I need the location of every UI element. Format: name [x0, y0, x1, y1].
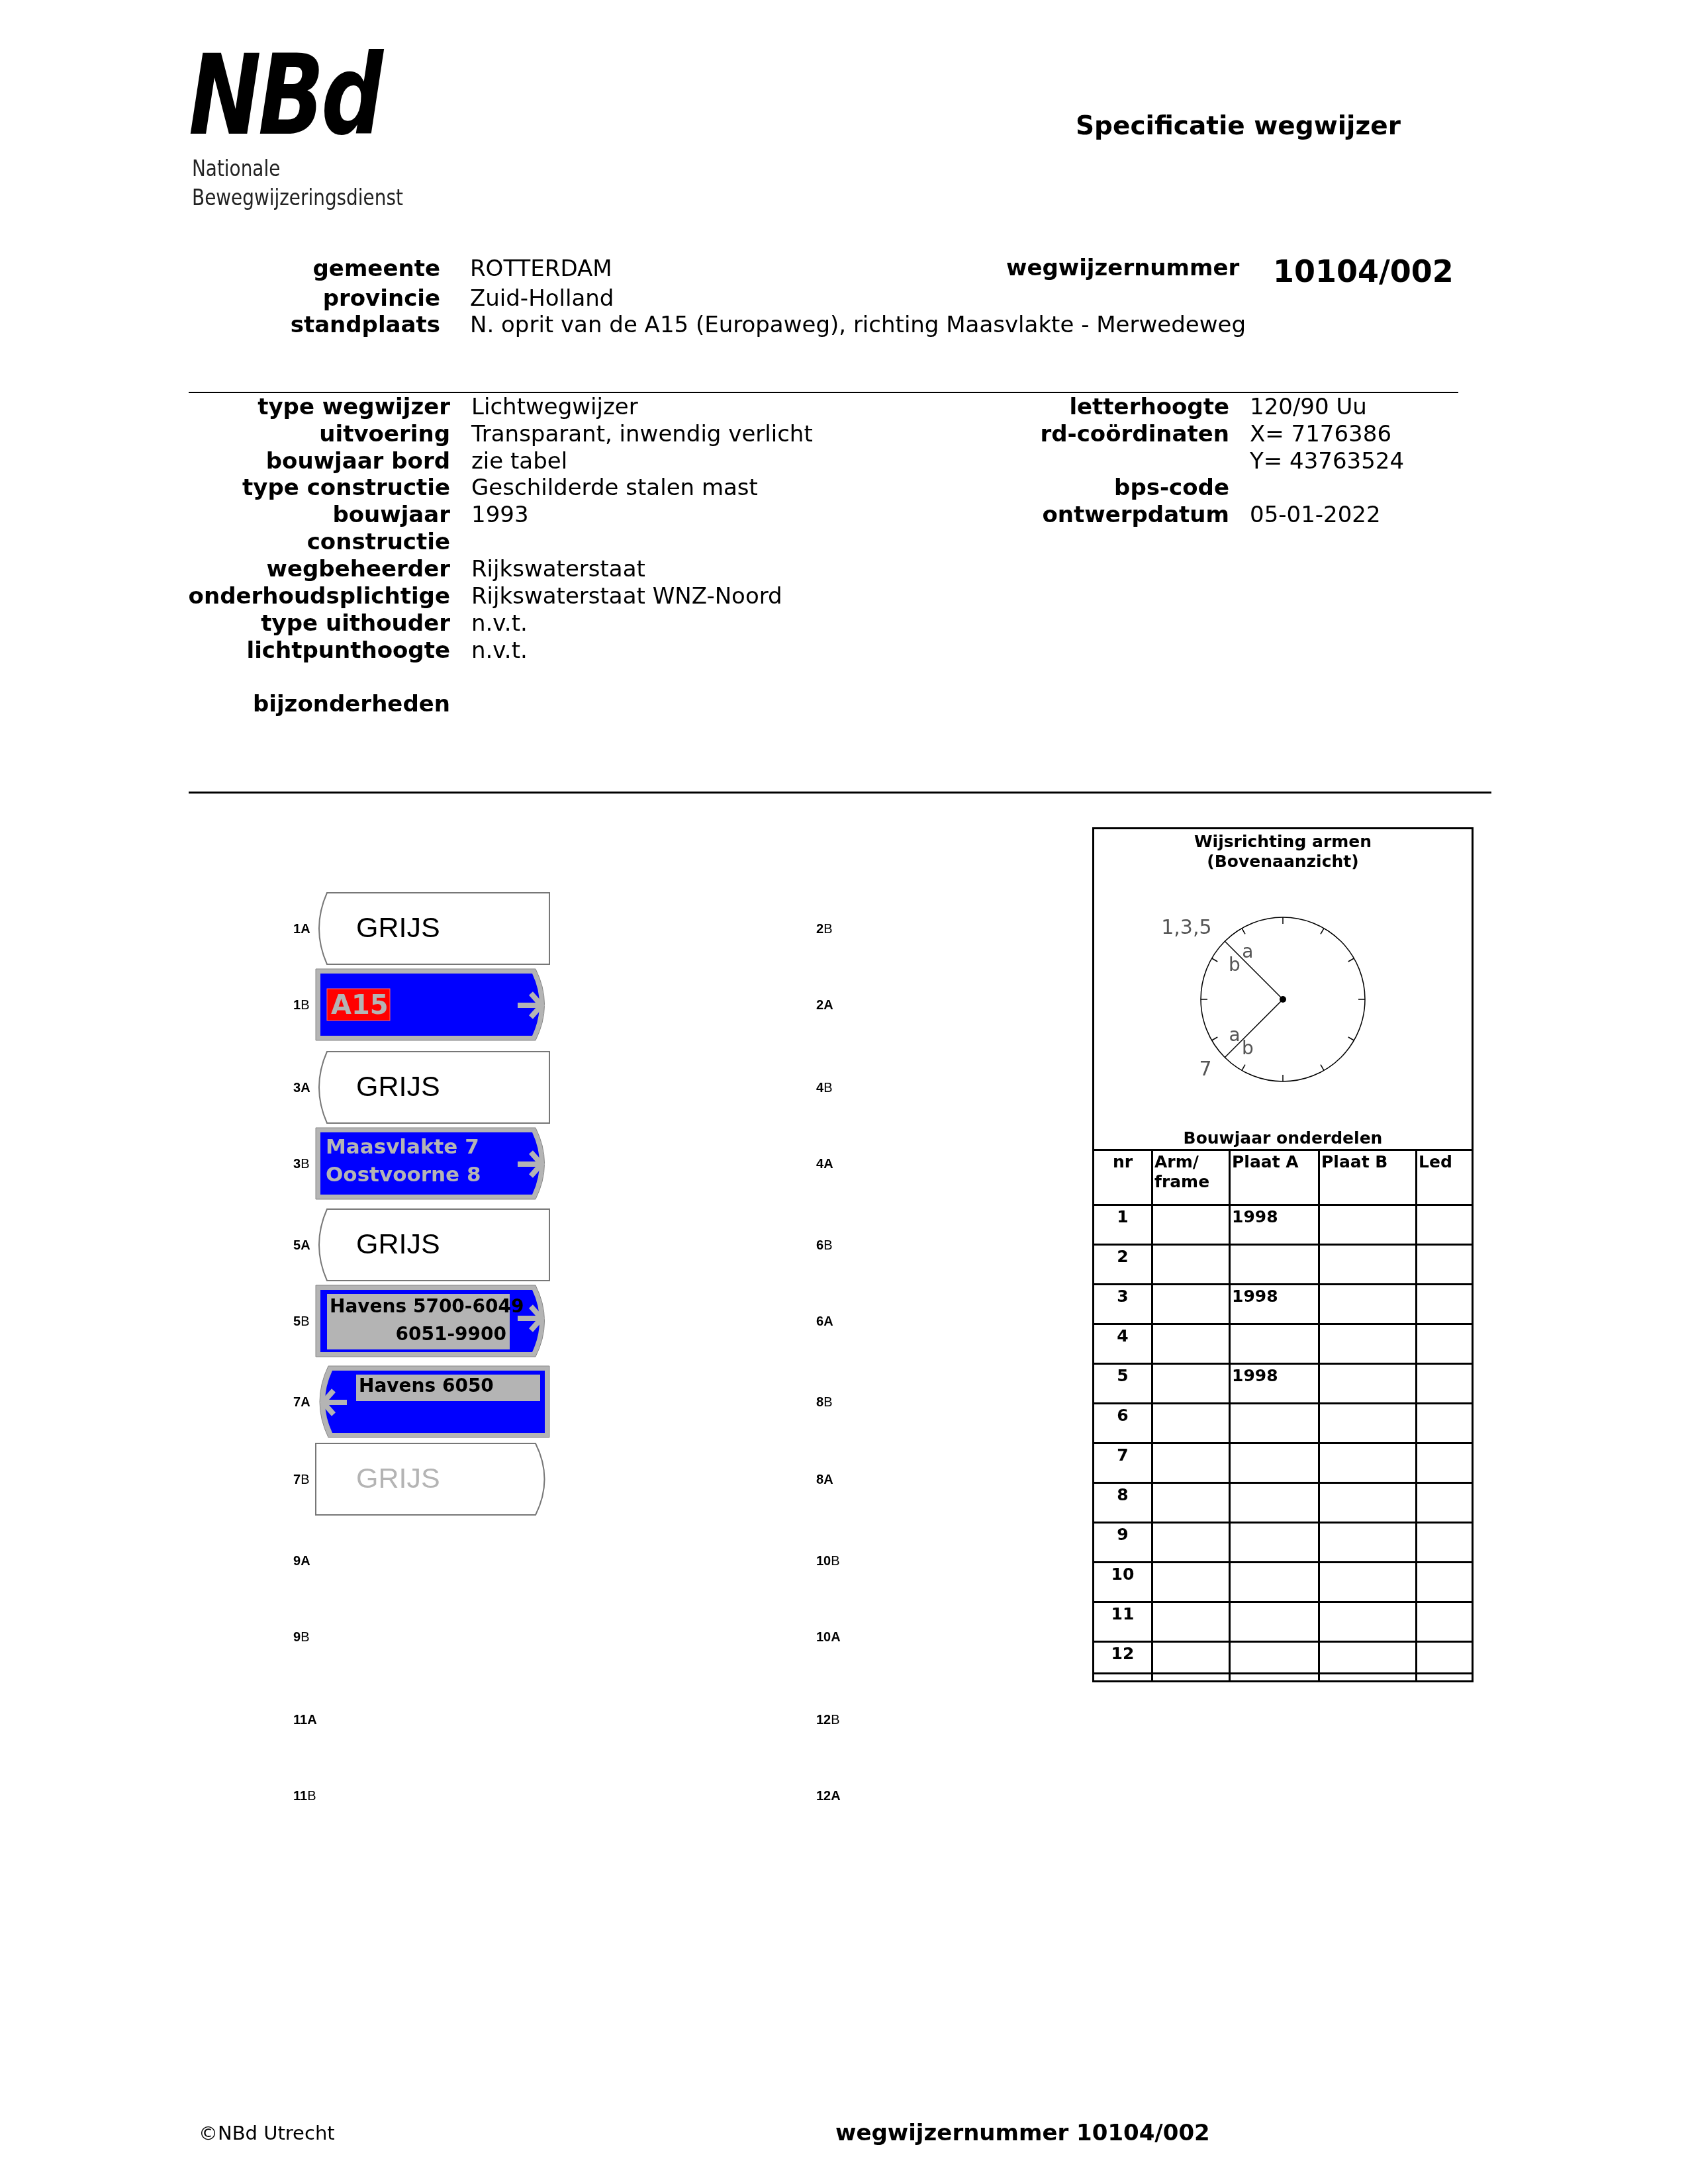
table-cell [1417, 1205, 1473, 1245]
wegwijzernummer-label: wegwijzernummer [1006, 255, 1239, 281]
table-header: Arm/ frame [1152, 1150, 1230, 1205]
sign-label-side: A [831, 1630, 840, 1645]
svg-text:a: a [1229, 1024, 1240, 1046]
sign-3B: Maasvlakte 7Oostvoorne 8 [315, 1127, 550, 1200]
sign-label-side: B [307, 1789, 316, 1803]
sign-label: 6A [816, 1314, 833, 1330]
table-header: nr [1094, 1150, 1152, 1205]
footer-copyright: ©NBd Utrecht [199, 2122, 335, 2144]
spec-label: type wegwijzer [258, 396, 450, 418]
spec-label: wegbeheerder [267, 558, 450, 580]
table-cell [1319, 1523, 1417, 1563]
svg-text:b: b [1242, 1037, 1254, 1059]
sign-label-side: B [301, 1314, 309, 1329]
sign-1A: GRIJS [315, 892, 550, 965]
table-row: 10 [1094, 1563, 1473, 1602]
sign-label-side: A [823, 1314, 833, 1329]
table-cell [1417, 1285, 1473, 1324]
bouwjaar-title: Bouwjaar onderdelen [1094, 1128, 1472, 1148]
nbd-logo: NBd [189, 40, 380, 151]
spec-value: X= 7176386 [1250, 423, 1391, 445]
sign-label-number: 10 [816, 1630, 831, 1645]
spec-label: letterhoogte [1069, 396, 1229, 418]
spec-value: 120/90 Uu [1250, 396, 1367, 418]
sign-label-side: B [831, 1554, 839, 1569]
spec-value: 1993 [471, 504, 529, 526]
sign-label: 11B [293, 1789, 316, 1804]
table-cell [1230, 1563, 1319, 1602]
table-cell: 7 [1094, 1443, 1152, 1483]
sign-text: GRIJS [356, 912, 440, 944]
sign-label-side: B [823, 1395, 832, 1410]
sign-label-side: A [301, 922, 310, 936]
destination-text: Maasvlakte 7 [326, 1135, 479, 1159]
sign-label: 9A [293, 1554, 310, 1569]
table-cell [1152, 1523, 1230, 1563]
sign-label-number: 3 [293, 1081, 301, 1095]
table-cell: 11 [1094, 1602, 1152, 1642]
sign-7B: GRIJS [315, 1443, 550, 1516]
sign-label-side: B [823, 922, 832, 936]
sign-label-side: B [301, 1630, 309, 1645]
spec-label: lichtpunthoogte [247, 639, 451, 662]
table-cell [1417, 1602, 1473, 1642]
destination-text: 6051-9900 [396, 1323, 506, 1345]
sign-label-number: 12 [816, 1713, 831, 1727]
table-cell [1152, 1205, 1230, 1245]
svg-text:b: b [1229, 954, 1241, 976]
sign-label: 12A [816, 1789, 841, 1804]
standplaats-value: N. oprit van de A15 (Europaweg), richtin… [470, 314, 1246, 336]
sign-5B: Havens 5700-60496051-9900 [315, 1285, 550, 1357]
spec-label: uitvoering [319, 423, 450, 445]
sign-label: 2B [816, 922, 832, 937]
sign-label: 1A [293, 922, 310, 937]
table-cell [1152, 1443, 1230, 1483]
logo-line-2: Bewegwijzeringsdienst [192, 187, 403, 209]
sign-label: 3A [293, 1081, 310, 1096]
destination-text: Oostvoorne 8 [326, 1163, 481, 1187]
spec-label: bouwjaar [332, 504, 450, 526]
table-cell: 10 [1094, 1563, 1152, 1602]
table-cell [1152, 1642, 1230, 1682]
sign-label-number: 8 [816, 1395, 823, 1410]
table-cell: 3 [1094, 1285, 1152, 1324]
sign-label: 11A [293, 1713, 317, 1728]
table-cell [1230, 1245, 1319, 1285]
table-cell [1230, 1602, 1319, 1642]
table-cell [1230, 1642, 1319, 1682]
table-row: 11998 [1094, 1205, 1473, 1245]
destination-text: Havens 5700-6049 [330, 1295, 524, 1317]
sign-label-side: B [301, 1157, 309, 1171]
sign-label: 4A [816, 1157, 833, 1172]
table-cell [1319, 1404, 1417, 1443]
spec-value: Rijkswaterstaat WNZ-Noord [471, 585, 782, 608]
spec-label: bijzonderheden [253, 693, 450, 715]
spec-value: n.v.t. [471, 612, 528, 635]
table-cell [1230, 1483, 1319, 1523]
table-cell [1417, 1324, 1473, 1364]
sign-text: GRIJS [356, 1228, 440, 1261]
table-cell [1319, 1563, 1417, 1602]
sign-label-number: 4 [816, 1081, 823, 1095]
table-cell: 4 [1094, 1324, 1152, 1364]
sign-text: GRIJS [356, 1463, 440, 1495]
sign-label: 5B [293, 1314, 309, 1330]
table-cell [1230, 1404, 1319, 1443]
sign-label: 2A [816, 998, 833, 1013]
sign-label: 7B [293, 1473, 309, 1488]
table-cell: 1998 [1230, 1285, 1319, 1324]
table-cell: 1998 [1230, 1205, 1319, 1245]
sign-label: 9B [293, 1630, 309, 1645]
bouwjaar-table: nrArm/ framePlaat APlaat BLed 1199823199… [1092, 1149, 1474, 1682]
sign-label-side: A [823, 1157, 833, 1171]
table-cell [1417, 1364, 1473, 1404]
table-row: 11 [1094, 1602, 1473, 1642]
sign-label: 8A [816, 1473, 833, 1488]
footer-wegwijzernummer: wegwijzernummer 10104/002 [835, 2120, 1210, 2146]
document-title: Specificatie wegwijzer [1076, 111, 1401, 141]
table-cell: 2 [1094, 1245, 1152, 1285]
table-cell: 9 [1094, 1523, 1152, 1563]
table-cell [1152, 1364, 1230, 1404]
sign-label-side: B [823, 1081, 832, 1095]
spec-value: Rijkswaterstaat [471, 558, 645, 580]
sign-label-side: A [823, 998, 833, 1013]
sign-3A: GRIJS [315, 1051, 550, 1124]
sign-label-number: 1 [293, 998, 301, 1013]
table-cell [1319, 1205, 1417, 1245]
spec-value: Y= 43763524 [1250, 450, 1404, 473]
table-cell [1417, 1443, 1473, 1483]
sign-label-side: B [823, 1238, 832, 1253]
sign-label-side: B [831, 1713, 839, 1727]
sign-label: 7A [293, 1395, 310, 1410]
table-row: 4 [1094, 1324, 1473, 1364]
sign-label-side: B [301, 1473, 309, 1487]
divider-bottom [189, 792, 1491, 794]
destination-text: Havens 6050 [359, 1375, 494, 1396]
sign-label: 5A [293, 1238, 310, 1253]
sign-text: GRIJS [356, 1071, 440, 1103]
table-cell [1319, 1245, 1417, 1285]
table-cell [1152, 1285, 1230, 1324]
table-cell [1152, 1404, 1230, 1443]
table-row: 51998 [1094, 1364, 1473, 1404]
table-cell [1230, 1324, 1319, 1364]
table-cell [1152, 1324, 1230, 1364]
spec-label: type constructie [242, 477, 450, 499]
table-cell [1319, 1483, 1417, 1523]
sign-label-side: A [307, 1713, 316, 1727]
sign-label-side: A [301, 1395, 310, 1410]
table-row: 6 [1094, 1404, 1473, 1443]
sign-label-number: 9 [293, 1630, 301, 1645]
sign-label: 1B [293, 998, 309, 1013]
table-header: Led [1417, 1150, 1473, 1205]
table-cell: 8 [1094, 1483, 1152, 1523]
spec-label: constructie [307, 531, 450, 553]
sign-label-number: 8 [816, 1473, 823, 1487]
table-header: Plaat B [1319, 1150, 1417, 1205]
table-cell [1417, 1642, 1473, 1682]
clock-dial-icon: 1,3,5ba7ba [1094, 829, 1472, 1140]
sign-label: 12B [816, 1713, 840, 1728]
sign-label-side: A [823, 1473, 833, 1487]
table-cell [1319, 1602, 1417, 1642]
provincie-label: provincie [323, 287, 440, 310]
spec-value: zie tabel [471, 450, 567, 473]
table-cell [1319, 1285, 1417, 1324]
svg-text:1,3,5: 1,3,5 [1161, 916, 1211, 939]
spec-label: type uithouder [261, 612, 450, 635]
sign-label: 10B [816, 1554, 840, 1569]
table-cell [1230, 1523, 1319, 1563]
sign-5A: GRIJS [315, 1208, 550, 1281]
sign-label-number: 6 [816, 1238, 823, 1253]
sign-label-number: 5 [293, 1314, 301, 1329]
sign-label: 8B [816, 1395, 832, 1410]
table-cell [1417, 1523, 1473, 1563]
sign-7A: Havens 6050 [315, 1365, 550, 1438]
sign-label: 4B [816, 1081, 832, 1096]
sign-label: 3B [293, 1157, 309, 1172]
table-row: 12 [1094, 1642, 1473, 1682]
table-cell: 12 [1094, 1642, 1152, 1682]
table-header: Plaat A [1230, 1150, 1319, 1205]
sign-label-number: 2 [816, 998, 823, 1013]
sign-label-side: A [301, 1081, 310, 1095]
sign-label: 6B [816, 1238, 832, 1253]
table-row: 8 [1094, 1483, 1473, 1523]
sign-label-number: 4 [816, 1157, 823, 1171]
sign-label-side: A [831, 1789, 840, 1803]
table-row: 31998 [1094, 1285, 1473, 1324]
sign-label-number: 9 [293, 1554, 301, 1569]
provincie-value: Zuid-Holland [470, 287, 614, 310]
table-cell [1152, 1483, 1230, 1523]
table-cell [1319, 1642, 1417, 1682]
table-cell [1417, 1245, 1473, 1285]
spec-value: Transparant, inwendig verlicht [471, 423, 813, 445]
divider-top [189, 392, 1458, 393]
table-cell [1417, 1404, 1473, 1443]
spec-value: 05-01-2022 [1250, 504, 1381, 526]
sign-label-side: A [301, 1238, 310, 1253]
sign-label-number: 7 [293, 1473, 301, 1487]
table-cell [1319, 1324, 1417, 1364]
sign-label-number: 5 [293, 1238, 301, 1253]
table-row: 7 [1094, 1443, 1473, 1483]
table-row: 9 [1094, 1523, 1473, 1563]
wegwijzernummer-value: 10104/002 [1273, 253, 1454, 289]
sign-label-number: 11 [293, 1713, 307, 1727]
svg-text:a: a [1242, 940, 1253, 962]
sign-label: 10A [816, 1630, 841, 1645]
table-cell [1152, 1245, 1230, 1285]
sign-label-number: 7 [293, 1395, 301, 1410]
spec-value: n.v.t. [471, 639, 528, 662]
table-cell: 1 [1094, 1205, 1152, 1245]
table-cell [1152, 1563, 1230, 1602]
spec-label: onderhoudsplichtige [189, 585, 450, 608]
sign-label-number: 1 [293, 922, 301, 936]
sign-label-side: A [301, 1554, 310, 1569]
table-cell [1417, 1483, 1473, 1523]
spec-label: bouwjaar bord [266, 450, 450, 473]
table-cell [1152, 1602, 1230, 1642]
standplaats-label: standplaats [291, 314, 440, 336]
svg-text:7: 7 [1199, 1058, 1211, 1081]
table-cell [1319, 1364, 1417, 1404]
spec-value: Lichtwegwijzer [471, 396, 638, 418]
table-cell: 6 [1094, 1404, 1152, 1443]
table-cell: 1998 [1230, 1364, 1319, 1404]
spec-label: ontwerpdatum [1042, 504, 1229, 526]
route-number: A15 [331, 990, 389, 1021]
spec-label: bps-code [1114, 477, 1229, 499]
sign-1B: A15 [315, 968, 550, 1041]
sign-label-number: 6 [816, 1314, 823, 1329]
gemeente-label: gemeente [313, 257, 440, 280]
table-cell [1417, 1563, 1473, 1602]
logo-line-1: Nationale [192, 158, 280, 180]
sign-label-number: 12 [816, 1789, 831, 1803]
table-cell [1230, 1443, 1319, 1483]
spec-label: rd-coördinaten [1040, 423, 1229, 445]
table-row: 2 [1094, 1245, 1473, 1285]
sign-label-number: 3 [293, 1157, 301, 1171]
table-cell: 5 [1094, 1364, 1152, 1404]
table-cell [1319, 1443, 1417, 1483]
sign-label-number: 2 [816, 922, 823, 936]
sign-label-side: B [301, 998, 309, 1013]
sign-label-number: 11 [293, 1789, 307, 1803]
sign-label-number: 10 [816, 1554, 831, 1569]
spec-value: Geschilderde stalen mast [471, 477, 758, 499]
gemeente-value: ROTTERDAM [470, 257, 612, 280]
